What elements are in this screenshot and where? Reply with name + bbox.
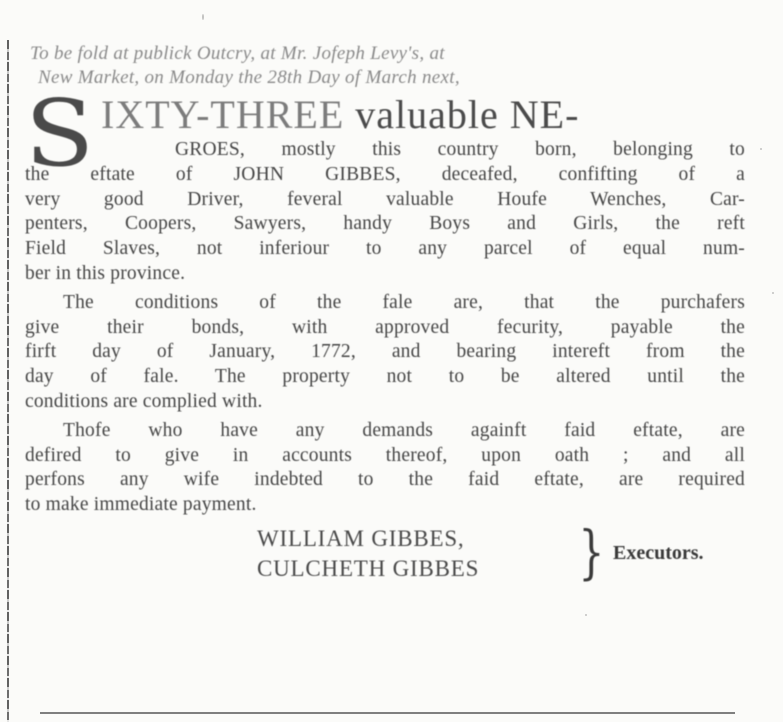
headline-text: IXTY-THREE valuable NE- (101, 92, 579, 138)
headline-caps: IXTY-THREE (101, 92, 344, 137)
body-line: defired to give in accounts thereof, upo… (25, 444, 745, 469)
executor-role: Executors. (613, 542, 704, 565)
body-line: day of fale. The property not to be alte… (25, 365, 745, 390)
ad-body: GROES, mostly this country born, belongi… (25, 138, 745, 518)
scan-speck (760, 148, 762, 150)
body-line: ber in this province. (25, 262, 745, 287)
executor-name: WILLIAM GIBBES, (257, 524, 479, 554)
body-line: GROES, mostly this country born, belongi… (25, 138, 745, 163)
brace-glyph: } (579, 522, 605, 582)
paragraph-property: GROES, mostly this country born, belongi… (25, 138, 745, 287)
body-line: perfons any wife indebted to the faid ef… (25, 468, 745, 493)
intro-line: To be fold at publick Outcry, at Mr. Jof… (30, 42, 745, 66)
newspaper-page: To be fold at publick Outcry, at Mr. Jof… (0, 0, 783, 722)
sale-advertisement: To be fold at publick Outcry, at Mr. Jof… (25, 42, 745, 584)
column-rule-left (7, 40, 9, 722)
body-line: firft day of January, 1772, and bearing … (25, 340, 745, 365)
paragraph-demands: Thofe who have any demands againft faid … (25, 419, 745, 518)
body-line: to make immediate payment. (25, 493, 745, 518)
body-line: The conditions of the fale are, that the… (25, 291, 745, 316)
ad-headline: S IXTY-THREE valuable NE- (25, 92, 745, 138)
executor-name: CULCHETH GIBBES (257, 554, 479, 584)
signature-block: WILLIAM GIBBES, CULCHETH GIBBES } Execut… (25, 524, 745, 584)
body-line: very good Driver, feveral valuable Houfe… (25, 188, 745, 213)
ad-intro: To be fold at publick Outcry, at Mr. Jof… (30, 42, 745, 90)
headline-rest: valuable NE- (344, 92, 579, 137)
scan-speck (202, 14, 204, 20)
body-line: penters, Coopers, Sawyers, handy Boys an… (25, 212, 745, 237)
scan-speck (585, 614, 587, 616)
paragraph-conditions: The conditions of the fale are, that the… (25, 291, 745, 415)
body-line: give their bonds, with approved fecurity… (25, 316, 745, 341)
drop-cap: S (25, 94, 94, 174)
body-line: Field Slaves, not inferiour to any parce… (25, 237, 745, 262)
column-rule-bottom (40, 712, 735, 714)
intro-line: New Market, on Monday the 28th Day of Ma… (30, 66, 745, 90)
executor-names: WILLIAM GIBBES, CULCHETH GIBBES (257, 524, 479, 584)
body-line: conditions are complied with. (25, 390, 745, 415)
scan-speck (772, 292, 774, 294)
body-line: Thofe who have any demands againft faid … (25, 419, 745, 444)
body-line: the eftate of JOHN GIBBES, deceafed, con… (25, 163, 745, 188)
